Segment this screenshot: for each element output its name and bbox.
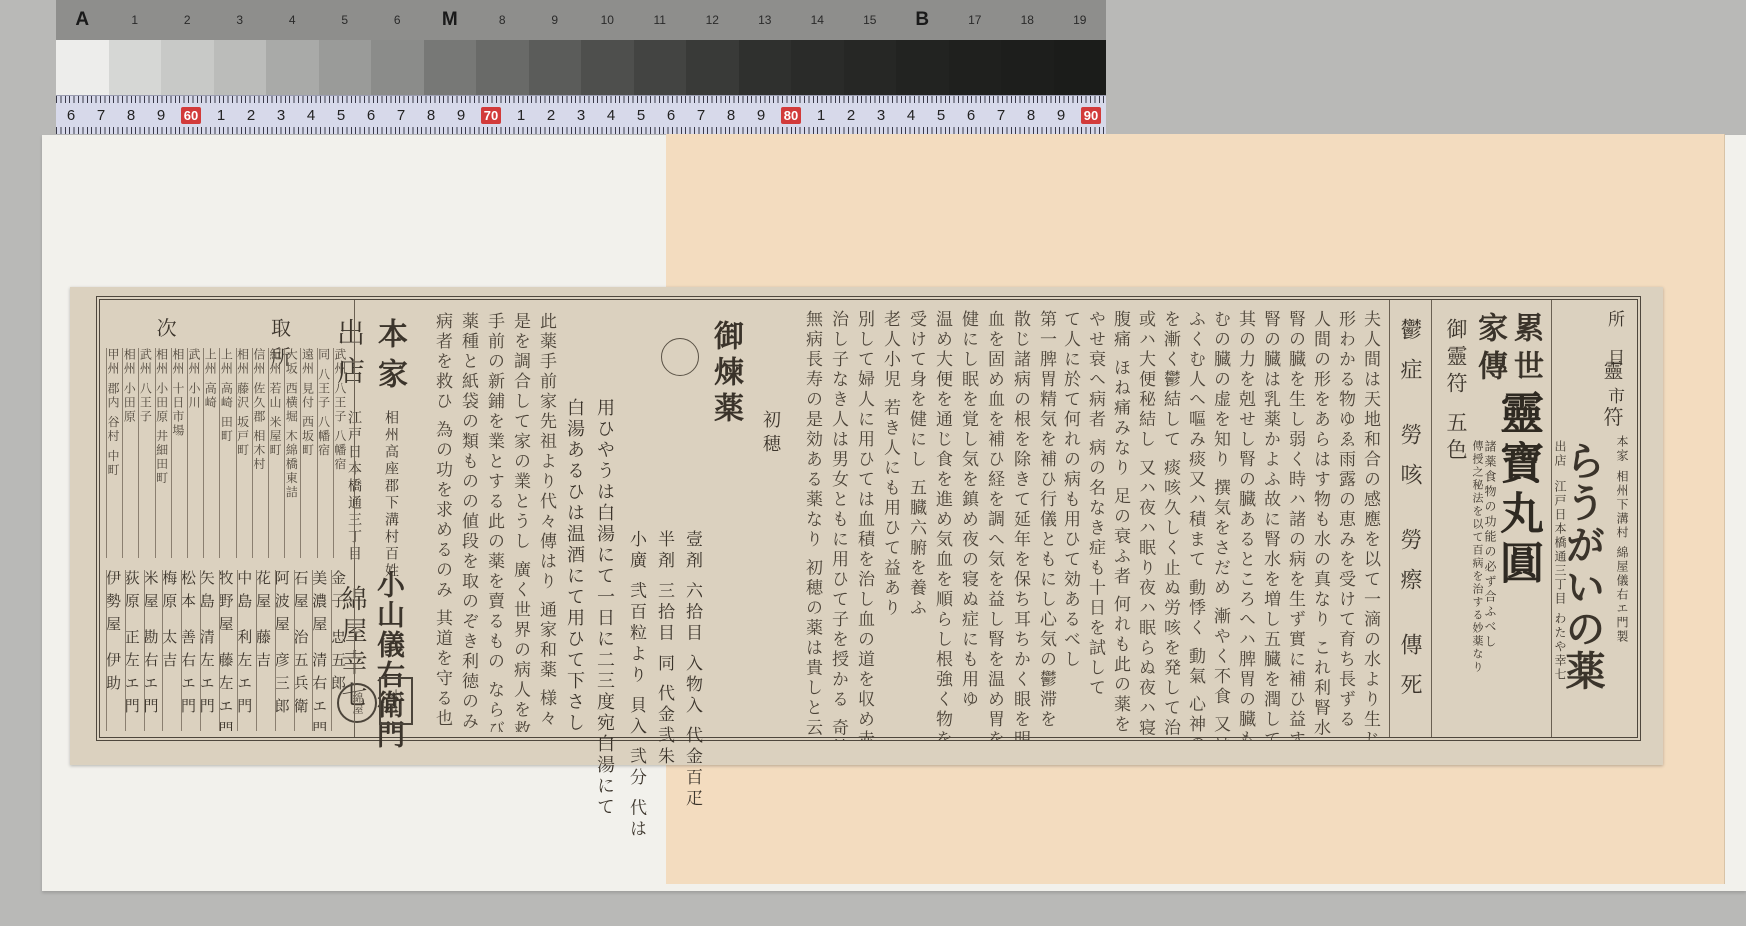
main-body-panel: 夫人間は天地和合の感應を以て一滴の水より生じ胎く形わかる物ゆゑ雨露の恵みを受けて… [1059, 300, 1389, 737]
circle-mark-icon [661, 338, 699, 376]
ruler-number: 4 [596, 107, 626, 124]
ruler-number: 9 [746, 107, 776, 124]
chart-label: 10 [581, 0, 634, 40]
body-column: 形わかる物ゆゑ雨露の恵みを受けて育ち長ずる [1333, 310, 1358, 740]
annotation-hatsuho: 初穂 [757, 410, 783, 458]
distributor-name: 阿波屋 彦三郎 [275, 570, 293, 731]
chart-label: 11 [634, 0, 687, 40]
distributor-location: 上州 高崎 田町 [219, 348, 235, 558]
shop-intro-column: 此薬手前家先祖より代々傳はり 通家和薬 様々の時代より [533, 312, 559, 732]
body-column: を漸く鬱結して 痰咳久しく止ぬ労咳を発して治しがたき [1158, 310, 1183, 740]
gray-patch [266, 40, 319, 95]
handbill-border-frame: 所 目 市 靈 符 本家 相州下溝村 綿屋儀右エ門製 らうがいの薬 出店 江戸日… [96, 296, 1641, 741]
distributors-panel: 取 次 所 武州 八王子 八幡宿同 八王子 八幡宿遠州 見付 西坂町大坂 西横堀… [100, 300, 355, 737]
ruler-red-mark: 70 [476, 107, 506, 124]
gray-patch [686, 40, 739, 95]
body-column: むの臓の虚を知り 撰気をさだめ 漸やく不食 又は食 [1208, 310, 1233, 740]
distributor-location: 大坂 西横堀 木綿橋東詰 [284, 348, 300, 558]
title-note-2: 傳授之秘法を以て百病を治する妙薬なり [1469, 440, 1485, 674]
distributor-location: 武州 八王子 [138, 348, 154, 558]
ruler-number: 8 [416, 107, 446, 124]
gray-patch [791, 40, 844, 95]
chart-label: 12 [686, 0, 739, 40]
body-column: 血を固め血を補ひ経を調へ気を益し腎を温め胃を [981, 310, 1007, 740]
distributor-location: 遠州 見付 西坂町 [300, 348, 316, 558]
distributor-location: 相州 藤沢 坂戸町 [236, 348, 252, 558]
chart-label: B [896, 0, 949, 40]
honke-heading: 本家 [367, 318, 411, 398]
distributor-location: 相州 十日市場 [171, 348, 187, 558]
chart-label: 3 [214, 0, 267, 40]
ruler-red-mark: 90 [1076, 107, 1106, 124]
gray-patch [161, 40, 214, 95]
chart-label: 1 [109, 0, 162, 40]
body-column: 受けて身を健にし 五臓六腑を養ふ [903, 310, 929, 740]
ruler-number: 8 [716, 107, 746, 124]
distributor-location: 武州 小川 [187, 348, 203, 558]
distributor-names: 金子 忠五郎美濃屋 清右エ門石屋 治五兵衛阿波屋 彦三郎花屋 藤吉中島 利左エ門… [106, 570, 349, 731]
ruler-number: 3 [866, 107, 896, 124]
ruler-red-mark: 60 [176, 107, 206, 124]
gray-patch [319, 40, 372, 95]
woodblock-handbill: 所 目 市 靈 符 本家 相州下溝村 綿屋儀右エ門製 らうがいの薬 出店 江戸日… [70, 287, 1663, 765]
usage-line-2: 白湯あるひは温酒にて用ひて下さし [561, 398, 587, 734]
distributor-name: 牧野屋 藤左エ門 [219, 570, 237, 731]
distributor-name: 梅原 太吉 [162, 570, 180, 731]
ruler-ticks-bottom [56, 127, 1106, 134]
body-column: 夫人間は天地和合の感應を以て一滴の水より生じ胎く [1358, 310, 1383, 740]
distributor-name: 米屋 勘右エ門 [144, 570, 162, 731]
body-column: 治し子なき人は男女ともに用ひて子を授かる 奇妙の薬なり [825, 310, 851, 740]
ruler-number: 7 [386, 107, 416, 124]
chart-label: 4 [266, 0, 319, 40]
distributor-location: 武州 八王子 八幡宿 [333, 348, 349, 558]
gray-patch [56, 40, 109, 95]
price-line-1: 壹剤 六拾目 入物入 代金百疋 [680, 530, 705, 810]
chart-label: 19 [1054, 0, 1107, 40]
distributor-name: 中島 利左エ門 [237, 570, 255, 731]
title-line-2: 家傳 [1467, 312, 1511, 388]
ruler-number: 8 [116, 107, 146, 124]
chart-label: 2 [161, 0, 214, 40]
gray-patch [424, 40, 477, 95]
ruler-number: 2 [836, 107, 866, 124]
product-title-panel: 所 目 市 靈 符 本家 相州下溝村 綿屋儀右エ門製 らうがいの薬 出店 江戸日… [1551, 300, 1637, 737]
ruler-number: 3 [566, 107, 596, 124]
ruler-number: 6 [656, 107, 686, 124]
chart-label: 14 [791, 0, 844, 40]
ruler-number: 7 [686, 107, 716, 124]
body-column: 老人小児 若き人にも用ひて益あり [877, 310, 903, 740]
ruler-number: 6 [56, 107, 86, 124]
gray-patch [371, 40, 424, 95]
chart-label: M [424, 0, 477, 40]
honke-address: 相州下溝村 綿屋儀右エ門製 [1614, 470, 1631, 644]
ruler-number: 4 [296, 107, 326, 124]
ruler-number: 3 [266, 107, 296, 124]
gray-patch [896, 40, 949, 95]
chart-label: 9 [529, 0, 582, 40]
ruler-red-mark: 80 [776, 107, 806, 124]
honke-label: 本家 [1614, 435, 1631, 463]
second-body-panel: 初穂 第一脾胃精気を補ひ行儀ともにし心気の鬱滞を散じ諸病の根を除きて延年を保ち耳… [759, 300, 1059, 737]
main-body-text: 夫人間は天地和合の感應を以て一滴の水より生じ胎く形わかる物ゆゑ雨露の恵みを受けて… [1058, 310, 1383, 740]
distributor-name: 荻原 正左エ門 [125, 570, 143, 731]
color-calibration-chart: A123456M89101112131415B171819 6789601234… [56, 0, 1106, 134]
chart-label: 8 [476, 0, 529, 40]
ruler-number: 1 [806, 107, 836, 124]
shop-intro-text: 此薬手前家先祖より代々傳はり 通家和薬 様々の時代より是を調合して家の業とうし … [429, 312, 559, 732]
gray-patch [739, 40, 792, 95]
gray-patch [581, 40, 634, 95]
demise-label: 出店 [1552, 440, 1569, 468]
distributor-location: 信州 佐久郡 相木村 [252, 348, 268, 558]
body-column: 別して婦人に用ひては血積を治し血の道を収め赤白帯下 [851, 310, 877, 740]
gray-patch [634, 40, 687, 95]
ruler-number: 7 [986, 107, 1016, 124]
body-column: ふくむ人へ嘔み痰又ハ積まて 動悸く 動氣 心神の不快 [1183, 310, 1208, 740]
ruler-ticks-top [56, 96, 1106, 103]
shop-intro-column: 薬種と紙袋の類ものの値段を取のぞき利徳のみならず [455, 312, 481, 732]
ruler-number: 1 [206, 107, 236, 124]
demise-address: 江戸日本橋通三丁目 わたや幸七 [1552, 480, 1569, 682]
body-column: 散じ諸病の根を除きて延年を保ち耳ちかく眼を明らかにして [1007, 310, 1033, 740]
gray-patch [529, 40, 582, 95]
body-column: 温め大便を通じ食を進め気血を順らし根強く物を [929, 310, 955, 740]
measuring-ruler: 678960123456789701234567898012345678990 [56, 95, 1106, 134]
distributor-name: 金子 忠五郎 [331, 570, 349, 731]
chart-label: 5 [319, 0, 372, 40]
distributor-locations: 武州 八王子 八幡宿同 八王子 八幡宿遠州 見付 西坂町大坂 西横堀 木綿橋東詰… [106, 348, 349, 558]
distributor-name: 矢島 清左エ門 [200, 570, 218, 731]
ruler-number: 8 [1016, 107, 1046, 124]
distributor-location: 甲州 郡内 谷村 中町 [106, 348, 122, 558]
distributor-location: 上州 高崎 [203, 348, 219, 558]
gorenyaku-title: 御煉薬 [703, 320, 747, 428]
ruler-number: 5 [326, 107, 356, 124]
ruler-number: 2 [236, 107, 266, 124]
distributor-name: 松本 善右エ門 [181, 570, 199, 731]
header-sub-text: 靈 符 [1598, 360, 1627, 436]
distributor-location: 相州 小田原 [122, 348, 138, 558]
second-body-text: 第一脾胃精気を補ひ行儀ともにし心気の鬱滞を散じ諸病の根を除きて延年を保ち耳ちかく… [799, 310, 1059, 740]
chart-label: 15 [844, 0, 897, 40]
ruler-number: 6 [356, 107, 386, 124]
shop-intro-column: 病者を救ひ 為の功を求めるのみ 其道を守る也 [429, 312, 455, 732]
honke-address-text: 相州高座郡下溝村百姓 [381, 410, 401, 580]
gray-patch [476, 40, 529, 95]
chart-label: 13 [739, 0, 792, 40]
price-line-2: 半剤 三拾目 同 代金弐朱 [652, 530, 677, 768]
ruler-number: 7 [86, 107, 116, 124]
shop-info-panel: 此薬手前家先祖より代々傳はり 通家和薬 様々の時代より是を調合して家の業とうし … [339, 300, 559, 737]
body-column: 人間の形をあらはす物も水の真なり これ利腎水なり [1308, 310, 1333, 740]
chart-label: 18 [1001, 0, 1054, 40]
chart-label: 6 [371, 0, 424, 40]
distributor-name: 石屋 治五兵衛 [294, 570, 312, 731]
disease-list: 鬱症 勞咳 勞瘵 傳死 [1394, 318, 1425, 713]
ruler-number: 6 [956, 107, 986, 124]
distributor-location: 相州 小田原 井細田町 [155, 348, 171, 558]
gray-patch [949, 40, 1002, 95]
ruler-number: 5 [926, 107, 956, 124]
ruler-number: 9 [446, 107, 476, 124]
body-column: て人に於て何れの病も用ひて効あるべし [1058, 310, 1083, 740]
gray-patch [109, 40, 162, 95]
chart-label: A [56, 0, 109, 40]
reifu-five-colors: 御靈符 五色 [1441, 318, 1471, 466]
shop-intro-column: 手前の新鋪を業とする此の薬を賣るもの ならびに [481, 312, 507, 732]
distributor-name: 伊勢屋 伊助 [106, 570, 124, 731]
distributor-location: 同 八王子 八幡宿 [317, 348, 333, 558]
distributor-location: 紀州 若山 米屋町 [268, 348, 284, 558]
distributor-name: 美濃屋 清右エ門 [312, 570, 330, 731]
chart-label-row: A123456M89101112131415B171819 [56, 0, 1106, 40]
body-column: 或ハ大便秘結し 又ハ夜ハ眠り夜ハ眠らぬ夜ハ寝ぬ鬱症 [1133, 310, 1158, 740]
gray-scale-patches [56, 40, 1106, 95]
body-column: 腎の臓を生し弱く時ハ諸の病を生ず實に補ひ益すべし [1283, 310, 1308, 740]
ruler-number: 9 [1046, 107, 1076, 124]
ruler-number: 1 [506, 107, 536, 124]
usage-line-1: 用ひやうは白湯にて一日に二三度宛白湯にて [591, 398, 617, 818]
ruler-number: 2 [536, 107, 566, 124]
body-column: 腹痛 ほね痛みなり 足の衰ふ者 何れも此の薬を [1108, 310, 1133, 740]
shop-intro-column: 是を調合して家の業とうし 廣く世界の病人を救ふ [507, 312, 533, 732]
ruler-number: 9 [146, 107, 176, 124]
remedy-title-panel: 累世 靈寶丸圓 家傳 諸薬食物の功能の必ず合ふべし 傳授之秘法を以て百病を治する… [1431, 300, 1551, 737]
gray-patch [844, 40, 897, 95]
ruler-number: 4 [896, 107, 926, 124]
body-column: 其の力を剋せし腎の臓あるところへハ脾胃の臓も互いて [1233, 310, 1258, 740]
gorenyaku-panel: 御煉薬 壹剤 六拾目 入物入 代金百疋 半剤 三拾目 同 代金弐朱 小廣 弐百粒… [559, 300, 759, 737]
body-column: 健にし眠を覚し気を鎮め夜の寝ぬ症にも用ゆ [955, 310, 981, 740]
price-line-3: 小廣 弐百粒より 貝入 弐分 代は [624, 530, 649, 841]
chart-label: 17 [949, 0, 1002, 40]
body-column: 第一脾胃精気を補ひ行儀ともにし心気の鬱滞を [1033, 310, 1059, 740]
body-column: 無病長寿の是効ある薬なり 初穂の薬は貴しと云ふ [799, 310, 825, 740]
gray-patch [214, 40, 267, 95]
body-column: やせ衰へ病者 病の名なき症も十日を試して [1083, 310, 1108, 740]
body-column: 腎の臓は乳薬かよふ故に腎水を増し五臓を潤して [1258, 310, 1283, 740]
gray-patch [1001, 40, 1054, 95]
disease-list-panel: 鬱症 勞咳 勞瘵 傳死 [1389, 300, 1431, 737]
ruler-number: 5 [626, 107, 656, 124]
distributor-name: 花屋 藤吉 [256, 570, 274, 731]
gray-patch [1054, 40, 1107, 95]
square-seal-icon: 小山 [379, 677, 413, 725]
